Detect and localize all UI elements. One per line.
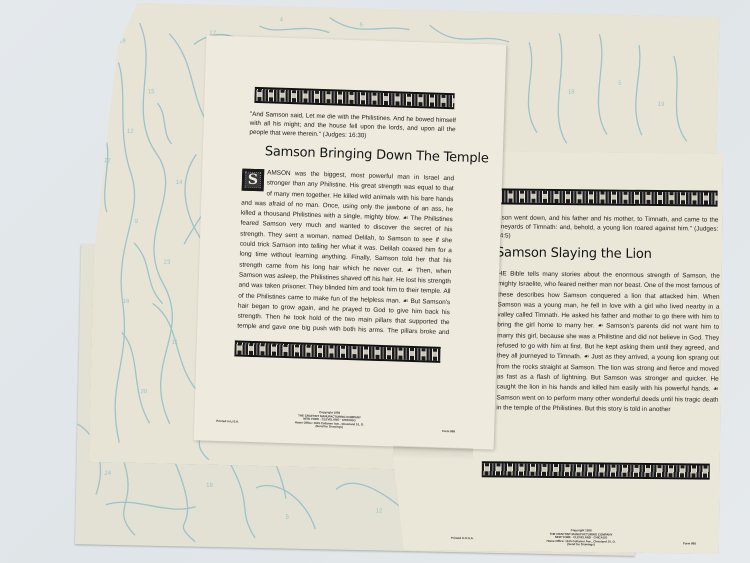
drop-cap-letter: S — [246, 173, 260, 187]
svg-text:14: 14 — [176, 180, 183, 186]
decorative-border-bottom — [482, 461, 710, 479]
svg-text:15: 15 — [148, 89, 155, 95]
sheet-shadow — [393, 446, 473, 461]
copyright-block: Copyright 1956 THE CRAFTINT MANUFACTURIN… — [531, 529, 631, 548]
story-body-text: HE Bible tells many stories about the en… — [496, 270, 719, 413]
story-body-text: AMSON was the biggest, most powerful man… — [237, 169, 454, 336]
svg-text:24: 24 — [104, 471, 111, 477]
story-body: S AMSON was the biggest, most powerful m… — [237, 168, 454, 337]
scripture-quote: ...son went down, and his father and his… — [496, 213, 718, 242]
svg-text:23: 23 — [164, 260, 171, 266]
svg-text:18: 18 — [568, 89, 575, 95]
svg-text:5: 5 — [618, 81, 622, 87]
story-title: Samson Bringing Down The Temple — [265, 144, 489, 166]
svg-text:5: 5 — [285, 515, 289, 521]
svg-text:12: 12 — [127, 129, 134, 135]
svg-text:18: 18 — [119, 38, 126, 44]
scripture-quote: "And Samson said, Let me die with the Ph… — [249, 110, 456, 143]
form-number: Form 868 — [683, 541, 696, 545]
send-line: (Send for Drawings) — [531, 543, 631, 548]
svg-text:19: 19 — [658, 102, 665, 108]
printed-in-label: Printed in U.S.A. — [451, 536, 474, 540]
svg-text:22: 22 — [104, 158, 111, 164]
svg-text:4: 4 — [280, 17, 284, 23]
printed-in-label: Printed in U.S.A. — [216, 419, 239, 424]
story-title: Samson Slaying the Lion — [496, 245, 652, 262]
svg-text:6: 6 — [359, 22, 363, 28]
form-number: Form 868 — [442, 429, 455, 433]
decorative-border-top — [483, 188, 718, 206]
svg-text:12: 12 — [376, 508, 383, 514]
decorative-border-bottom — [234, 340, 440, 362]
decorative-border-top — [254, 87, 454, 109]
svg-text:18: 18 — [206, 483, 213, 489]
story-body: HE Bible tells many stories about the en… — [496, 269, 720, 459]
drop-cap-ornament: S — [242, 169, 265, 192]
svg-text:2: 2 — [106, 68, 110, 74]
copyright-block: Copyright 1956 THE CRAFTINT MANUFACTURIN… — [274, 410, 385, 431]
svg-text:20: 20 — [140, 389, 147, 395]
story-sheet-samson-temple: "And Samson said, Let me die with the Ph… — [194, 35, 507, 449]
svg-text:9: 9 — [135, 219, 139, 225]
svg-text:7: 7 — [106, 98, 110, 104]
svg-text:11: 11 — [172, 340, 179, 346]
svg-text:16: 16 — [123, 299, 130, 305]
